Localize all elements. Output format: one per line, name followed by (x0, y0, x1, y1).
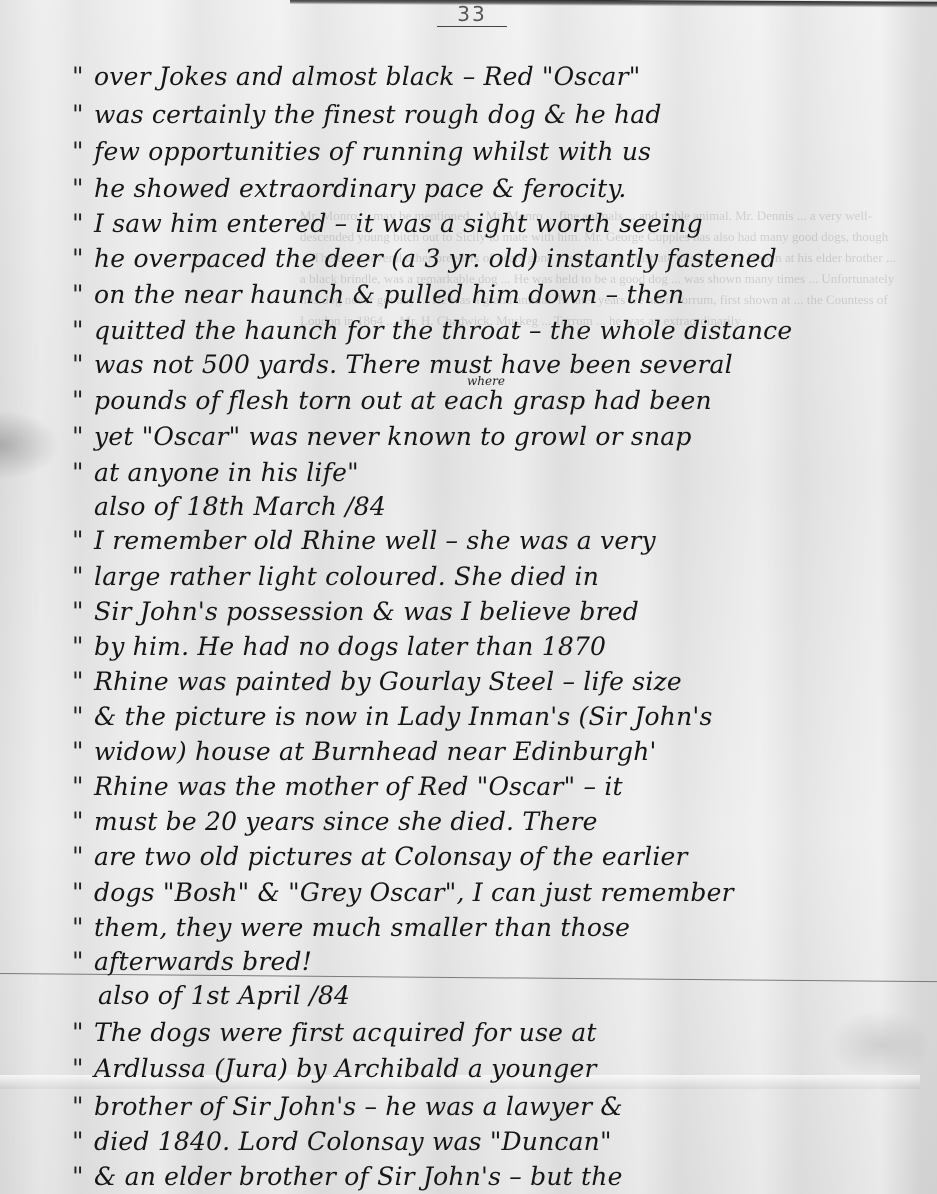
line-text: few opportunities of running whilst with… (94, 137, 651, 166)
line-text: died 1840. Lord Colonsay was "Duncan" (94, 1127, 612, 1156)
line-text: afterwards bred! (94, 947, 312, 976)
handwritten-line: "few opportunities of running whilst wit… (72, 137, 651, 166)
handwritten-line: "Rhine was painted by Gourlay Steel – li… (72, 667, 682, 696)
line-quote-mark: " (72, 702, 94, 731)
line-text: I saw him entered – it was a sight worth… (94, 209, 703, 238)
line-text: quitted the haunch for the throat – the … (94, 316, 792, 345)
paper-stain (830, 1010, 930, 1080)
line-quote-mark: " (72, 137, 94, 166)
line-quote-mark: " (72, 632, 94, 661)
line-text: he overpaced the deer (a 3 yr. old) inst… (94, 244, 777, 273)
handwritten-line: also of 1st April /84 (76, 981, 350, 1010)
handwritten-line: "at anyone in his life" (72, 458, 359, 487)
handwritten-line: "them, they were much smaller than those (72, 913, 630, 942)
line-text: dogs "Bosh" & "Grey Oscar", I can just r… (94, 878, 734, 907)
line-text: must be 20 years since she died. There (94, 807, 598, 836)
handwritten-line: "quitted the haunch for the throat – the… (72, 316, 792, 345)
handwritten-line: "on the near haunch & pulled him down – … (72, 280, 684, 309)
line-quote-mark: " (72, 878, 94, 907)
handwritten-line: "widow) house at Burnhead near Edinburgh… (72, 737, 657, 766)
line-quote-mark: " (72, 947, 94, 976)
line-text: by him. He had no dogs later than 1870 (94, 632, 606, 661)
line-quote-mark: " (72, 100, 94, 129)
handwritten-line: "was certainly the finest rough dog & he… (72, 100, 662, 129)
line-quote-mark: " (72, 350, 94, 379)
handwritten-line: "are two old pictures at Colonsay of the… (72, 842, 688, 871)
line-text: are two old pictures at Colonsay of the … (94, 842, 688, 871)
ink-smudge (0, 410, 60, 480)
line-quote-mark: " (72, 772, 94, 801)
handwritten-line: "yet "Oscar" was never known to growl or… (72, 422, 692, 451)
line-quote-mark: " (72, 1054, 94, 1083)
line-text: pounds of flesh torn out at each grasp h… (94, 386, 712, 415)
handwritten-line: "must be 20 years since she died. There (72, 807, 598, 836)
line-text: widow) house at Burnhead near Edinburgh' (94, 737, 657, 766)
line-text: was certainly the finest rough dog & he … (94, 100, 662, 129)
line-quote-mark: " (72, 562, 94, 591)
line-quote-mark: " (72, 1018, 94, 1047)
line-quote-mark: " (72, 842, 94, 871)
line-text: brother of Sir John's – he was a lawyer … (94, 1092, 623, 1121)
line-quote-mark: " (72, 737, 94, 766)
handwritten-line: "I saw him entered – it was a sight wort… (72, 209, 703, 238)
handwritten-line: "dogs "Bosh" & "Grey Oscar", I can just … (72, 878, 734, 907)
handwritten-line: "by him. He had no dogs later than 1870 (72, 632, 606, 661)
handwritten-line: "he showed extraordinary pace & ferocity… (72, 174, 627, 203)
line-quote-mark: " (72, 807, 94, 836)
handwritten-line: "& an elder brother of Sir John's – but … (72, 1162, 623, 1191)
line-quote-mark: " (72, 209, 94, 238)
handwritten-line: also of 18th March /84 (72, 492, 386, 521)
line-text: & an elder brother of Sir John's – but t… (94, 1162, 623, 1191)
line-text: on the near haunch & pulled him down – t… (94, 280, 684, 309)
scan-top-edge-shadow (290, 0, 937, 8)
line-quote-mark: " (72, 280, 94, 309)
handwritten-line: "pounds of flesh torn out at each grasp … (72, 386, 712, 415)
line-text: I remember old Rhine well – she was a ve… (94, 526, 656, 555)
line-quote-mark: " (72, 62, 94, 91)
handwritten-line: "afterwards bred! (72, 947, 312, 976)
handwritten-line: "was not 500 yards. There must have been… (72, 350, 733, 379)
line-quote-mark: " (72, 597, 94, 626)
handwritten-line: "large rather light coloured. She died i… (72, 562, 599, 591)
line-quote-mark: " (72, 913, 94, 942)
line-quote-mark: " (72, 1092, 94, 1121)
manuscript-page: Mr. Monro ... may be mentioned ... Mr. M… (0, 0, 937, 1194)
handwritten-line: "I remember old Rhine well – she was a v… (72, 526, 656, 555)
handwritten-line: "Rhine was the mother of Red "Oscar" – i… (72, 772, 623, 801)
interlinear-insertion: where (467, 374, 505, 388)
line-quote-mark: " (72, 526, 94, 555)
handwritten-line: "& the picture is now in Lady Inman's (S… (72, 702, 713, 731)
handwritten-line: "he overpaced the deer (a 3 yr. old) ins… (72, 244, 777, 273)
line-text: The dogs were first acquired for use at (94, 1018, 597, 1047)
line-text: over Jokes and almost black – Red "Oscar… (94, 62, 641, 91)
line-text: Rhine was painted by Gourlay Steel – lif… (94, 667, 682, 696)
line-text: yet "Oscar" was never known to growl or … (94, 422, 692, 451)
line-text: Rhine was the mother of Red "Oscar" – it (94, 772, 623, 801)
line-quote-mark: " (72, 174, 94, 203)
line-quote-mark: " (72, 422, 94, 451)
line-text: Sir John's possession & was I believe br… (94, 597, 639, 626)
handwritten-line: "brother of Sir John's – he was a lawyer… (72, 1092, 623, 1121)
line-text: at anyone in his life" (94, 458, 359, 487)
page-number: 33 (437, 2, 507, 27)
line-quote-mark: " (72, 667, 94, 696)
line-text: them, they were much smaller than those (94, 913, 630, 942)
handwritten-line: "Sir John's possession & was I believe b… (72, 597, 639, 626)
line-text: he showed extraordinary pace & ferocity. (94, 174, 627, 203)
line-quote-mark: " (72, 386, 94, 415)
handwritten-line: "The dogs were first acquired for use at (72, 1018, 597, 1047)
line-text: large rather light coloured. She died in (94, 562, 599, 591)
line-quote-mark: " (72, 458, 94, 487)
handwritten-line: "Ardlussa (Jura) by Archibald a younger (72, 1054, 597, 1083)
line-text: Ardlussa (Jura) by Archibald a younger (94, 1054, 597, 1083)
line-quote-mark: " (72, 1127, 94, 1156)
line-text: also of 18th March /84 (94, 492, 386, 521)
line-text: was not 500 yards. There must have been … (94, 350, 733, 379)
line-quote-mark: " (72, 244, 94, 273)
line-text: also of 1st April /84 (98, 981, 350, 1010)
line-text: & the picture is now in Lady Inman's (Si… (94, 702, 713, 731)
handwritten-line: "died 1840. Lord Colonsay was "Duncan" (72, 1127, 612, 1156)
line-quote-mark: " (72, 316, 94, 345)
line-quote-mark: " (72, 1162, 94, 1191)
handwritten-line: "over Jokes and almost black – Red "Osca… (72, 62, 641, 91)
